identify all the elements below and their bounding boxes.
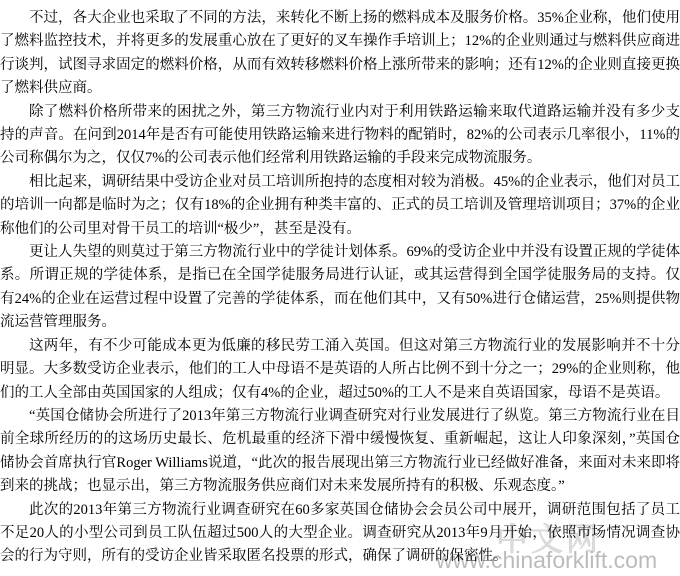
paragraph-employee-training: 相比起来，调研结果中受访企业对员工培训所抱持的态度相对较为消极。45%的企业表示… (0, 171, 680, 241)
paragraph-survey-scope: 此次的2013年第三方物流行业调查研究在60多家英国仓储协会会员公司中展开，调研… (0, 499, 680, 569)
document-page: 中文网 www.chinaforklift.com 不过，各大企业也采取了不同的… (0, 0, 680, 576)
paragraph-apprenticeship: 更让人失望的则莫过于第三方物流行业中的学徒计划体系。69%的受访企业中并没有设置… (0, 241, 680, 335)
paragraph-migrant-labor: 这两年，有不少可能成本更为低廉的移民劳工涌入英国。但这对第三方物流行业的发展影响… (0, 335, 680, 405)
paragraph-rail-transport: 除了燃料价格所带来的困扰之外，第三方物流行业内对于利用铁路运输来取代道路运输并没… (0, 101, 680, 171)
article-body: 不过，各大企业也采取了不同的方法，来转化不断上扬的燃料成本及服务价格。35%企业… (0, 7, 680, 569)
paragraph-fuel-cost-methods: 不过，各大企业也采取了不同的方法，来转化不断上扬的燃料成本及服务价格。35%企业… (0, 7, 680, 101)
paragraph-ukwa-quote: “英国仓储协会所进行了2013年第三方物流行业调查研究对行业发展进行了纵览。第三… (0, 405, 680, 499)
